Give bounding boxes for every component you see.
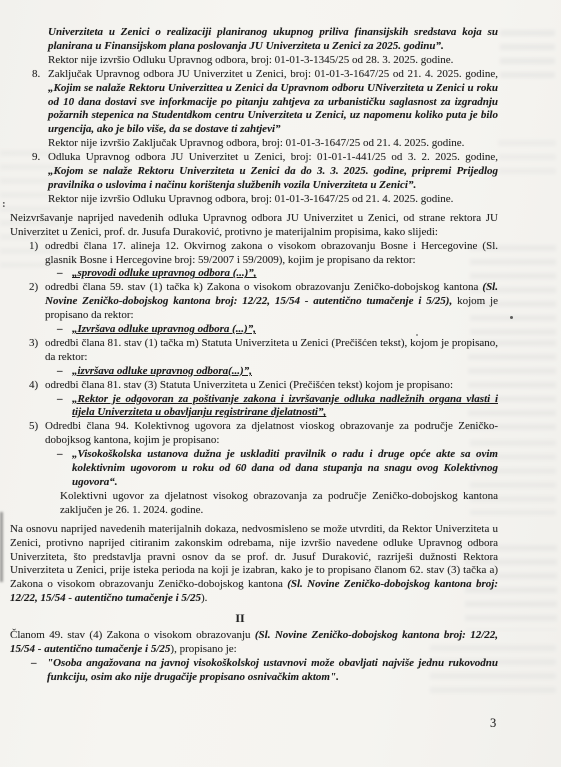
list-marker-5: 5) bbox=[29, 420, 38, 434]
decision-8-lead: Zaključak Upravnog odbora JU Univerzitet… bbox=[48, 68, 498, 80]
provision-1-quote: „sprovodi odluke upravnog odbora (...)”, bbox=[72, 267, 257, 279]
decision-8-status-line: Rektor nije izvršio Zaključak Upravnog o… bbox=[48, 137, 498, 151]
provision-4-text: odredbi člana 81. stav (3) Statuta Unive… bbox=[45, 379, 453, 391]
section2-quote: "Osoba angažovana na javnoj visokoškolsk… bbox=[47, 657, 498, 683]
dash-bullet: – bbox=[57, 393, 63, 407]
decision-item-8: 8. Zaključak Upravnog odbora JU Univerzi… bbox=[10, 68, 498, 151]
scan-stray-mark: : bbox=[2, 198, 6, 210]
provision-1-quote-line: – „sprovodi odluke upravnog odbora (...)… bbox=[45, 267, 498, 281]
provision-item-3: 3) odredbi člana 81. stav (1) tačka m) S… bbox=[10, 337, 498, 379]
list-marker-2: 2) bbox=[29, 281, 38, 295]
page-number: 3 bbox=[490, 716, 496, 731]
dash-bullet: – bbox=[31, 657, 37, 671]
section2-text: Članom 49. stav (4) Zakona o visokom obr… bbox=[10, 629, 255, 641]
provision-item-2: 2) odredbi člana 59. stav (1) tačka k) Z… bbox=[10, 281, 498, 337]
conclusion-paragraph: Na osnovu naprijed navedenih materijalni… bbox=[10, 523, 498, 606]
item7-status-line: Rektor nije izvršio Odluku Upravnog odbo… bbox=[10, 54, 498, 68]
provision-1-text: odredbi člana 17. alineja 12. Okvirnog z… bbox=[45, 240, 498, 266]
scanned-document-page: : Univerziteta u Zenici o realizaciji pl… bbox=[0, 0, 561, 767]
provision-3-text: odredbi člana 81. stav (1) tačka m) Stat… bbox=[45, 337, 498, 363]
scan-edge-shadow bbox=[0, 512, 3, 582]
provision-5-quote-line: – „Visokoškolska ustanova dužna je uskla… bbox=[45, 448, 498, 490]
provision-4-quote: „Rektor je odgovoran za poštivanje zakon… bbox=[72, 393, 498, 419]
section2-paragraph: Članom 49. stav (4) Zakona o visokom obr… bbox=[10, 629, 498, 657]
decision-item-9: 9. Odluka Upravnog odbora JU Univerzitet… bbox=[10, 151, 498, 207]
provision-item-5: 5) Odredbi člana 94. Kolektivnog ugovora… bbox=[10, 420, 498, 517]
provision-4-quote-line: – „Rektor je odgovoran za poštivanje zak… bbox=[45, 393, 498, 421]
dash-bullet: – bbox=[57, 448, 63, 462]
decision-8-quote: „Kojim se nalaže Rektoru Univerzittea u … bbox=[48, 82, 498, 136]
decision-9-status-line: Rektor nije izvršio Odluku Upravnog odbo… bbox=[48, 193, 498, 207]
provision-3-quote: „izvršava odluke upravnog odbora(...)”, bbox=[72, 365, 252, 377]
provision-2-text: odredbi člana 59. stav (1) tačka k) Zako… bbox=[45, 281, 482, 293]
provision-item-4: 4) odredbi člana 81. stav (3) Statuta Un… bbox=[10, 379, 498, 421]
section2-quote-line: – "Osoba angažovana na javnoj visokoškol… bbox=[10, 657, 498, 685]
dash-bullet: – bbox=[57, 267, 63, 281]
provision-2-quote: „Izvršava odluke upravnog odbora (...)”, bbox=[72, 323, 256, 335]
item7-quote-continuation: Univerziteta u Zenici o realizaciji plan… bbox=[10, 26, 498, 54]
item7-quote-text: Univerziteta u Zenici o realizaciji plan… bbox=[48, 26, 498, 52]
provision-5-quote: „Visokoškolska ustanova dužna je uskladi… bbox=[72, 448, 498, 488]
dash-bullet: – bbox=[57, 365, 63, 379]
list-marker-9: 9. bbox=[32, 151, 40, 165]
list-marker-3: 3) bbox=[29, 337, 38, 351]
provision-3-quote-line: – „izvršava odluke upravnog odbora(...)”… bbox=[45, 365, 498, 379]
bleed-through-smudge bbox=[498, 140, 556, 180]
conclusion-text-end: ). bbox=[201, 592, 207, 604]
section2-text-end: ), propisano je: bbox=[170, 643, 236, 655]
noncompliance-intro-paragraph: Neizvršavanje naprijed navedenih odluka … bbox=[10, 212, 498, 240]
provision-2-quote-line: – „Izvršava odluke upravnog odbora (...)… bbox=[45, 323, 498, 337]
dash-bullet: – bbox=[57, 323, 63, 337]
section-heading-ii: II bbox=[10, 612, 470, 626]
scan-speck bbox=[510, 316, 513, 319]
decision-9-quote: „Kojom se nalaže Rektoru Univerziteta u … bbox=[48, 165, 498, 191]
provision-5-note: Kolektivni ugovor za djelatnost visokog … bbox=[60, 490, 498, 518]
list-marker-1: 1) bbox=[29, 240, 38, 254]
bleed-through-smudge bbox=[500, 30, 555, 80]
provision-item-1: 1) odredbi člana 17. alineja 12. Okvirno… bbox=[10, 240, 498, 282]
list-marker-8: 8. bbox=[32, 68, 40, 82]
list-marker-4: 4) bbox=[29, 379, 38, 393]
provision-5-text: Odredbi člana 94. Kolektivnog ugovora za… bbox=[45, 420, 498, 446]
decision-9-lead: Odluka Upravnog odbora JU Univerzitet u … bbox=[48, 151, 498, 163]
document-content: Univerziteta u Zenici o realizaciji plan… bbox=[10, 26, 498, 685]
